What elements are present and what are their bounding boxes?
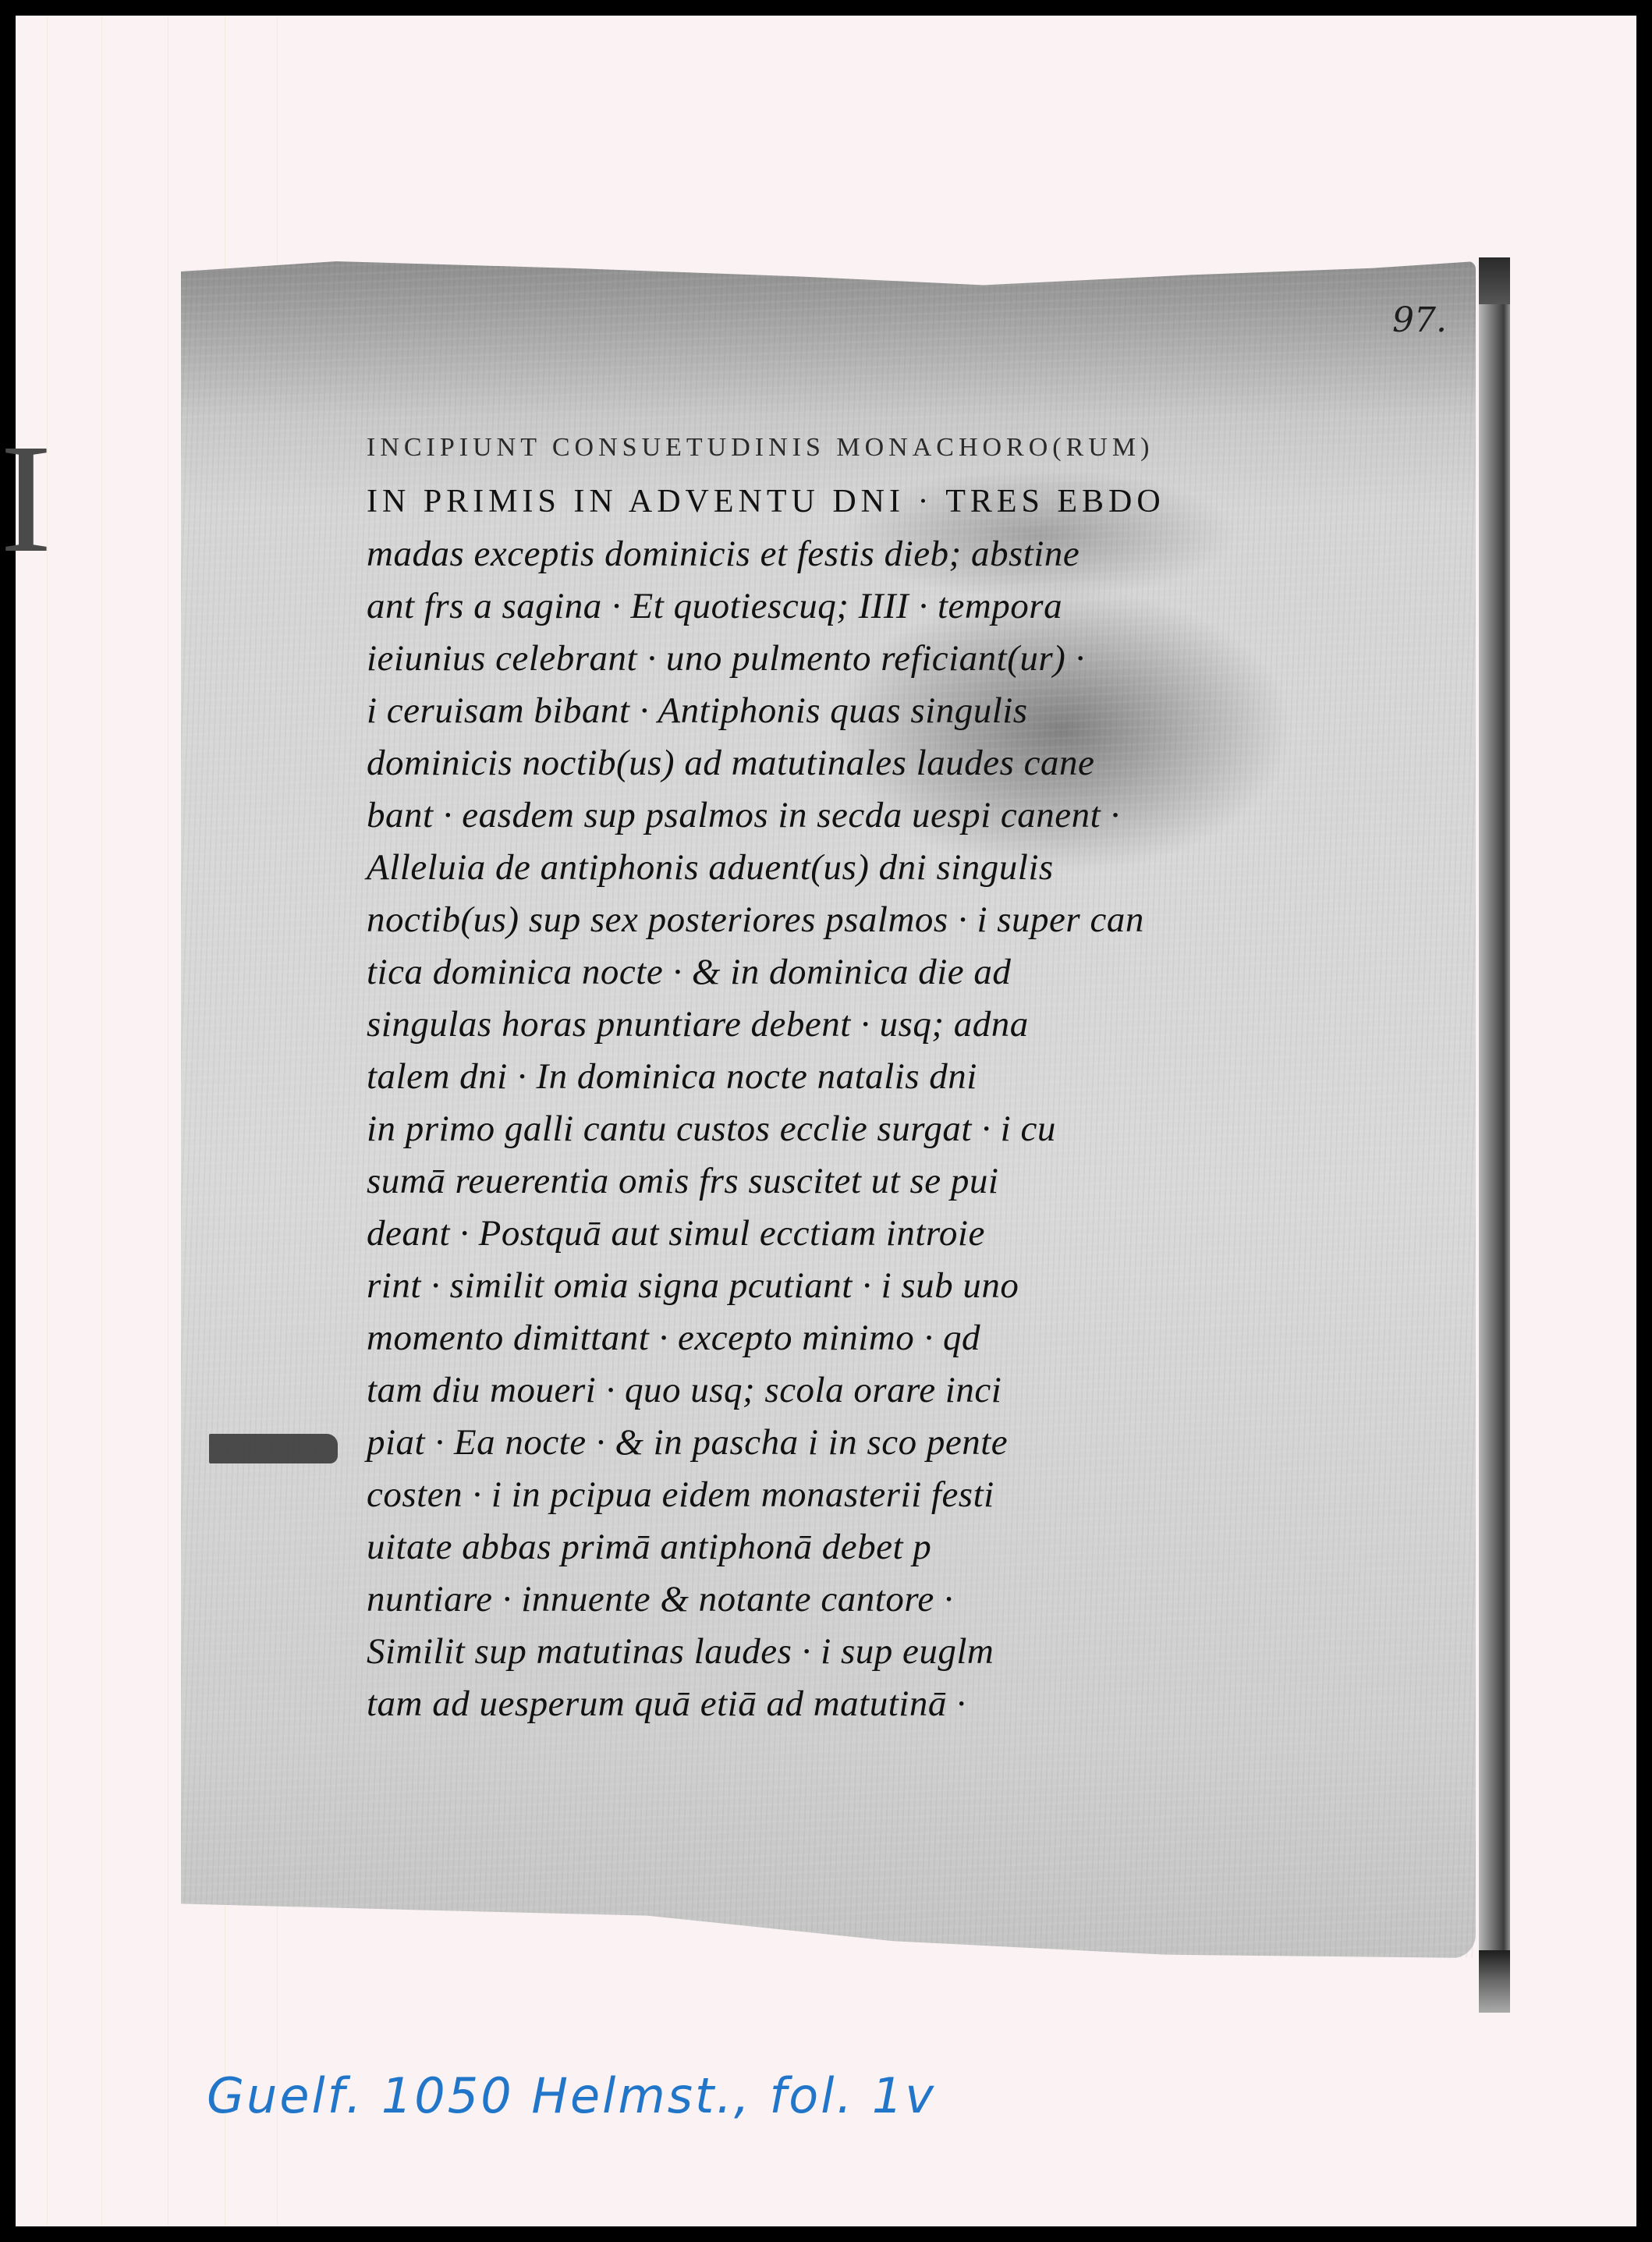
manuscript-line: noctib(us) sup sex posteriores psalmos ·… (343, 894, 1381, 946)
manuscript-line: tam diu moueri · quo usq; scola orare in… (343, 1364, 1381, 1417)
shelfmark-caption: Guelf. 1050 Helmst., fol. 1v (207, 2067, 936, 2124)
manuscript-line: tam ad uesperum quā etiā ad matutinā · (343, 1678, 1381, 1730)
left-margin-tab (209, 1434, 338, 1463)
manuscript-line: dominicis noctib(us) ad matutinales laud… (343, 737, 1381, 789)
manuscript-line: ieiunius celebrant · uno pulmento refici… (343, 633, 1381, 685)
manuscript-line: madas exceptis dominicis et festis dieb;… (343, 528, 1381, 580)
decorated-initial: I (0, 421, 52, 577)
binding-strip (1479, 257, 1510, 2013)
manuscript-text-block: Incipiunt consuetudinis monachoro(rum) I… (343, 420, 1381, 1730)
manuscript-line: nuntiare · innuente & notante cantore · (343, 1573, 1381, 1626)
manuscript-line: bant · easdem sup psalmos in secda uespi… (343, 789, 1381, 842)
binding-tab-bottom (1479, 1950, 1510, 2013)
manuscript-line: tica dominica nocte · & in dominica die … (343, 946, 1381, 999)
folio-number: 97. (1392, 300, 1447, 340)
manuscript-line: talem dni · In dominica nocte natalis dn… (343, 1051, 1381, 1103)
manuscript-line: in primo galli cantu custos ecclie surga… (343, 1103, 1381, 1155)
manuscript-line: singulas horas pnuntiare debent · usq; a… (343, 999, 1381, 1051)
manuscript-line: Similit sup matutinas laudes · i sup eug… (343, 1626, 1381, 1678)
manuscript-line: i ceruisam bibant · Antiphonis quas sing… (343, 685, 1381, 737)
manuscript-line: piat · Ea nocte · & in pascha i in sco p… (343, 1417, 1381, 1469)
manuscript-line: ant frs a sagina · Et quotiescuq; IIII ·… (343, 580, 1381, 633)
manuscript-line: deant · Postquā aut simul ecctiam introi… (343, 1208, 1381, 1260)
paper-fiber-line (101, 16, 102, 2226)
manuscript-line: In primis in adventu dni · tres ebdo (343, 476, 1381, 528)
manuscript-line: uitate abbas primā antiphonā debet p (343, 1521, 1381, 1573)
manuscript-heading: Incipiunt consuetudinis monachoro(rum) (343, 420, 1381, 476)
manuscript-line: Alleluia de antiphonis aduent(us) dni si… (343, 842, 1381, 894)
manuscript-line: costen · i in pcipua eidem monasterii fe… (343, 1469, 1381, 1521)
paper-fiber-line (168, 16, 168, 2226)
manuscript-line: sumā reuerentia omis frs suscitet ut se … (343, 1155, 1381, 1208)
manuscript-line: momento dimittant · excepto minimo · qd (343, 1312, 1381, 1364)
binding-tab-top (1479, 257, 1510, 304)
manuscript-line: rint · similit omia signa pcutiant · i s… (343, 1260, 1381, 1312)
paper-fiber-line (47, 16, 48, 2226)
